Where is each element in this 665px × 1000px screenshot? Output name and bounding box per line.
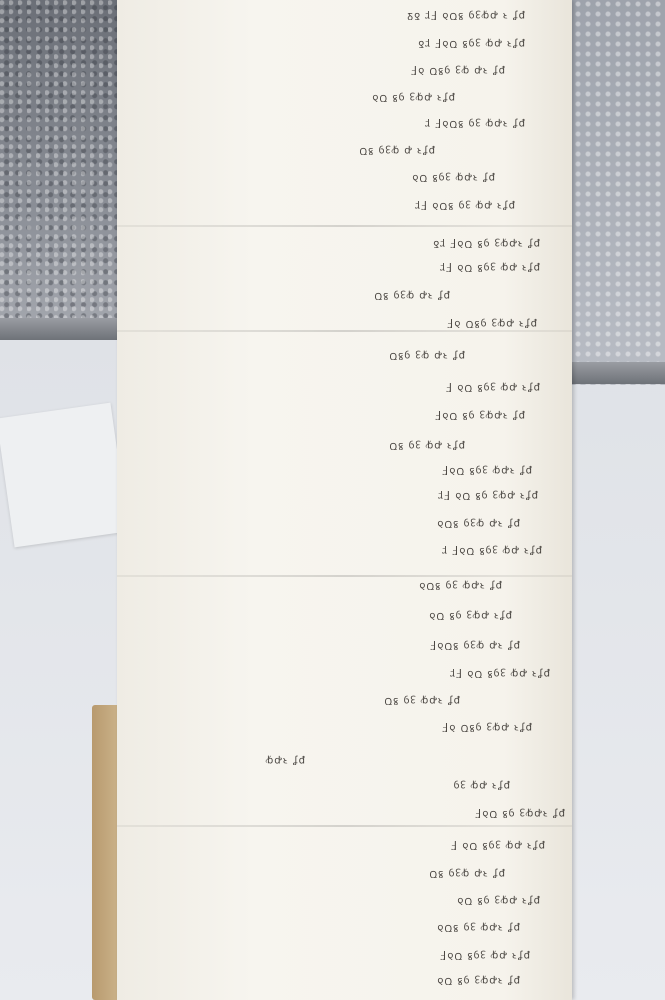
handwritten-line: ꝑꝭ ꝛꝓ ꝙꝫꝯ ꝸꝹ xyxy=(200,868,505,878)
handwritten-line: ꝑꝭꝛ ꝓꝙ ꝫꝯꝸ Ꝺꝺ Ꝼ xyxy=(180,382,540,392)
handwritten-line: ꝑꝭ ꝛꝓꝙꝫ ꝯꝸ ꝹꝺꝻ xyxy=(180,410,525,420)
handwritten-line: ꝑꝭꝛ ꝓ ꝙꝫꝯ ꝸꝹ xyxy=(195,145,435,155)
handwritten-line: ꝑꝭꝛ ꝓꝙ ꝫꝯꝸ ꝹꝺꝻ ꝼ xyxy=(182,545,542,555)
handwritten-line: ꝑꝭ ꝛꝓ ꝙꝫ ꝯꝸꝹ xyxy=(180,350,465,360)
handwritten-line: ꝑꝭ ꝛꝓꝙ ꝫꝯ ꝸꝹ xyxy=(190,695,460,705)
handwritten-line: ꝑꝭ ꝛꝓꝙꝫ ꝯꝸ ꝹꝺꝻ xyxy=(220,808,565,818)
handwritten-line: ꝑꝭꝛ ꝓꝙꝫ ꝯꝸ Ꝺꝺ xyxy=(195,92,455,102)
handwritten-line: ꝑꝭ ꝛꝓ ꝙꝫꝯ ꝸꝹ xyxy=(200,290,450,300)
handwritten-line: ꝑꝭ ꝛꝓꝙꝫ ꝯꝸ ꝹꝺꝻ ꝼꝽ xyxy=(195,238,540,248)
handwritten-line: ꝑꝭ ꝛ ꝓꝙꝫꝯ ꝸꝹꝺ Ꝼꝼ ꝽꝾ xyxy=(195,10,525,20)
metal-rail xyxy=(0,318,130,340)
handwritten-line: ꝑꝭ ꝛꝓꝙ ꝫꝯ ꝸꝹꝺ xyxy=(210,922,520,932)
handwritten-line: ꝑꝭꝛ ꝓꝙ ꝫꝯꝸ Ꝺꝺ Ꝼ xyxy=(195,840,545,850)
handwritten-line: ꝑꝭꝛ ꝓꝙ ꝫꝯꝸ ꝹꝺꝻ xyxy=(210,950,530,960)
handwritten-line: ꝑꝭꝛ ꝓꝙ ꝫꝯ ꝸꝹ xyxy=(180,440,465,450)
handwritten-line: ꝑꝭ ꝛꝓ ꝙꝫꝯ ꝸꝹꝺ xyxy=(180,518,520,528)
handwritten-line: ꝑꝭꝛ ꝓꝙ ꝫꝯꝸ ꝹꝺꝻ ꝼꝽ xyxy=(195,38,525,48)
handwritten-line: ꝑꝭꝛ ꝓꝙ ꝫꝯꝸ Ꝺꝺ Ꝼꝼ xyxy=(195,262,540,272)
loose-card xyxy=(0,403,128,548)
handwritten-line: ꝑꝭ ꝛꝓꝙ ꝫꝯꝸ ꝹꝺꝻ xyxy=(182,465,532,475)
handwritten-line: ꝑꝭꝛ ꝓꝙ ꝫꝯ xyxy=(300,780,510,790)
paper-fold xyxy=(117,825,572,827)
handwritten-line: ꝑꝭ ꝛꝓꝙ ꝫꝯ ꝸꝹꝺ xyxy=(182,580,502,590)
handwritten-line: ꝑꝭꝛ ꝓꝙ ꝫꝯꝸ Ꝺꝺ Ꝼꝼ xyxy=(185,668,550,678)
handwritten-line: ꝑꝭ ꝛꝓ ꝙꝫ ꝯꝸꝹ ꝺꝻ xyxy=(195,65,505,75)
paper-fold xyxy=(117,225,572,227)
paper-fold xyxy=(117,575,572,577)
handwritten-line: ꝑꝭ ꝛꝓ ꝙꝫꝯ ꝸꝹꝺꝻ xyxy=(185,640,520,650)
paper-fold xyxy=(117,330,572,332)
handwritten-line: ꝑꝭꝛ ꝓꝙꝫ ꝯꝸ Ꝺꝺ xyxy=(182,610,512,620)
handwritten-line: ꝑꝭꝛ ꝓꝙ ꝫꝯ ꝸꝹꝺ Ꝼꝼ xyxy=(195,200,515,210)
handwritten-line: ꝑꝭꝛ ꝓꝙꝫ ꝯꝸ Ꝺꝺ xyxy=(210,895,540,905)
handwritten-line: ꝑꝭꝛ ꝓꝙꝫ ꝯꝸ Ꝺꝺ Ꝼꝼ xyxy=(178,490,538,500)
handwritten-line: ꝑꝭ ꝛꝓꝙ ꝫꝯ ꝸꝹꝺꝻ ꝼ xyxy=(195,118,525,128)
handwritten-line: ꝑꝭ ꝛꝓꝙ xyxy=(195,755,305,765)
handwritten-line: ꝑꝭ ꝛꝓꝙ ꝫꝯꝸ Ꝺꝺ xyxy=(195,172,495,182)
handwritten-line: ꝑꝭꝛ ꝓꝙꝫ ꝯꝸꝹ ꝺꝻ xyxy=(182,318,537,328)
handwritten-line: ꝑꝭ ꝛꝓꝙꝫ ꝯꝸ Ꝺꝺ xyxy=(210,975,520,985)
handwritten-line: ꝑꝭꝛ ꝓꝙꝫ ꝯꝸꝹ ꝺꝻ xyxy=(192,722,532,732)
